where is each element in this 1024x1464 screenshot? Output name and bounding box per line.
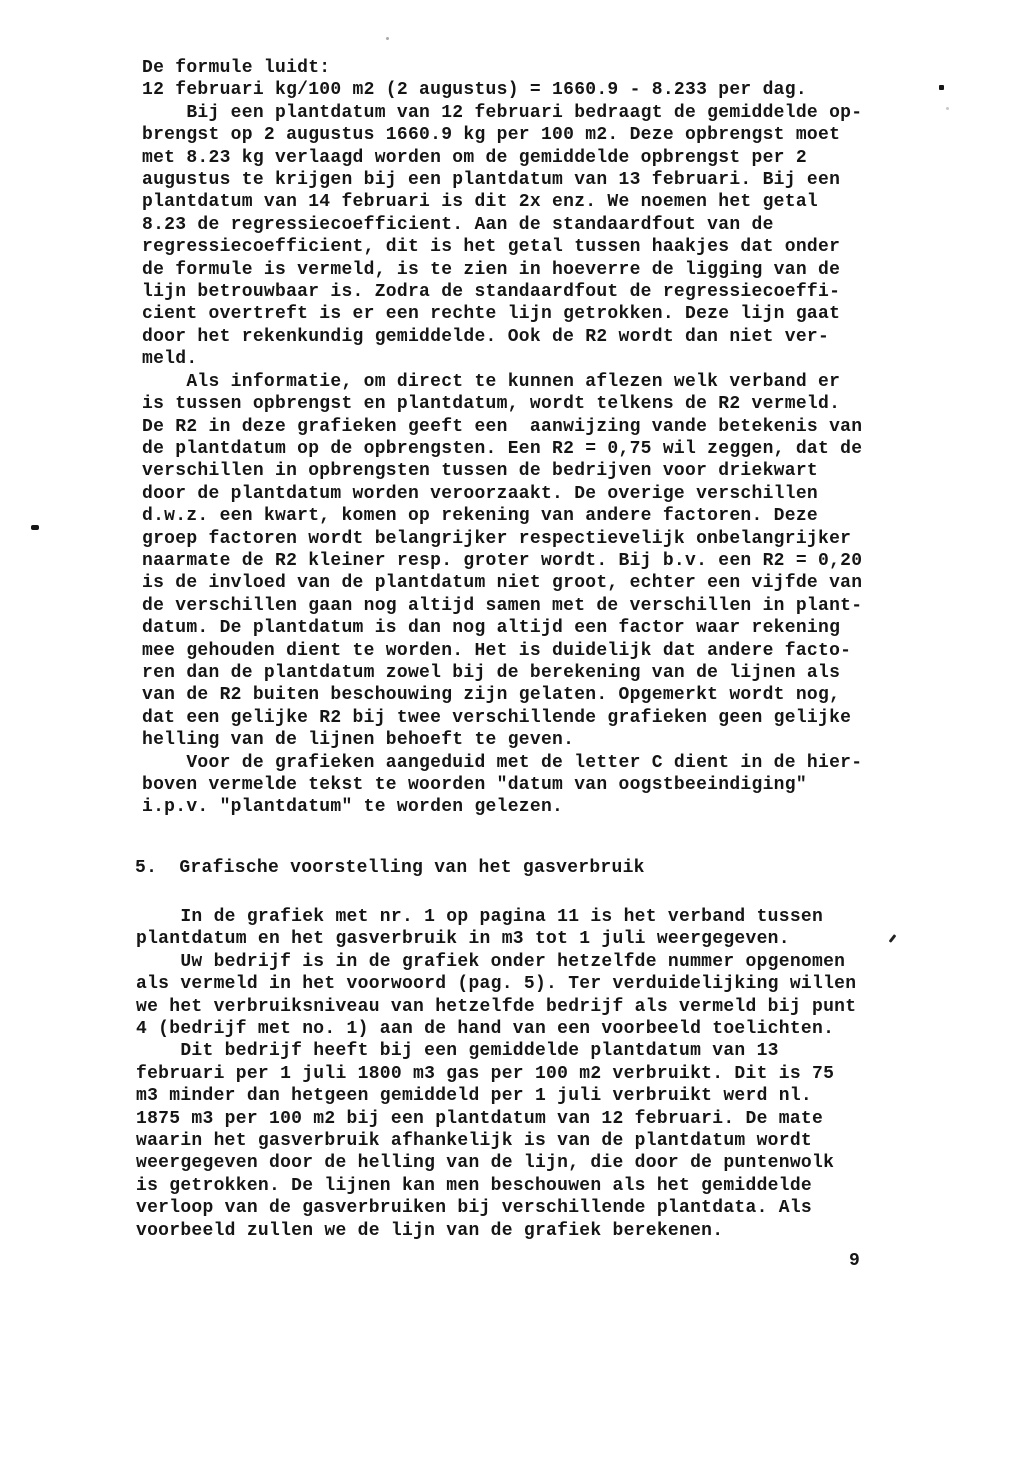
page-number: 9 (849, 1250, 860, 1272)
section-5-heading: 5. Grafische voorstelling van het gasver… (135, 857, 645, 879)
scan-speck-top (386, 37, 389, 40)
scan-speck-right (939, 85, 944, 90)
section-5-paragraph: In de grafiek met nr. 1 op pagina 11 is … (136, 906, 856, 1242)
document-page: De formule luidt: 12 februari kg/100 m2 … (0, 0, 1024, 1464)
scan-tick-right (889, 934, 897, 943)
intro-paragraph: De formule luidt: 12 februari kg/100 m2 … (142, 57, 862, 819)
scan-speck-left-margin (31, 525, 39, 530)
scan-speck-right-faint (946, 107, 949, 110)
